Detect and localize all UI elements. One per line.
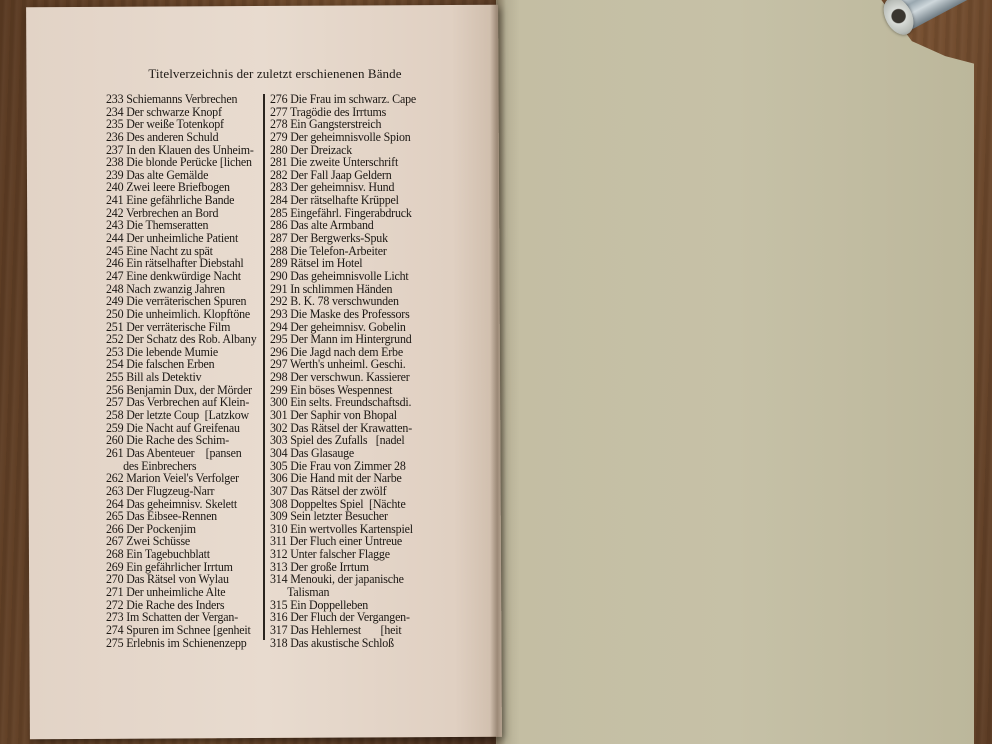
right-page-blank xyxy=(496,0,974,744)
list-item: 275 Erlebnis im Schienenzepp xyxy=(106,637,254,650)
volume-title: Das akustische Schloß xyxy=(290,636,394,650)
volume-number: 318 xyxy=(270,636,287,650)
volume-number: 261 xyxy=(106,446,123,460)
volume-title: Erlebnis im Schienenzepp xyxy=(126,636,246,650)
book-spine xyxy=(490,0,506,744)
title-list-left-column: 233 Schiemanns Verbrechen234 Der schwarz… xyxy=(106,93,254,649)
volume-number: 275 xyxy=(106,636,123,650)
list-item: 318 Das akustische Schloß xyxy=(270,637,439,650)
title-list-right-column: 276 Die Frau im schwarz. Cape277 Tragödi… xyxy=(270,93,439,649)
page-title: Titelverzeichnis der zuletzt erschienene… xyxy=(100,66,450,82)
column-divider xyxy=(263,94,265,640)
volume-number: 314 xyxy=(270,572,287,586)
